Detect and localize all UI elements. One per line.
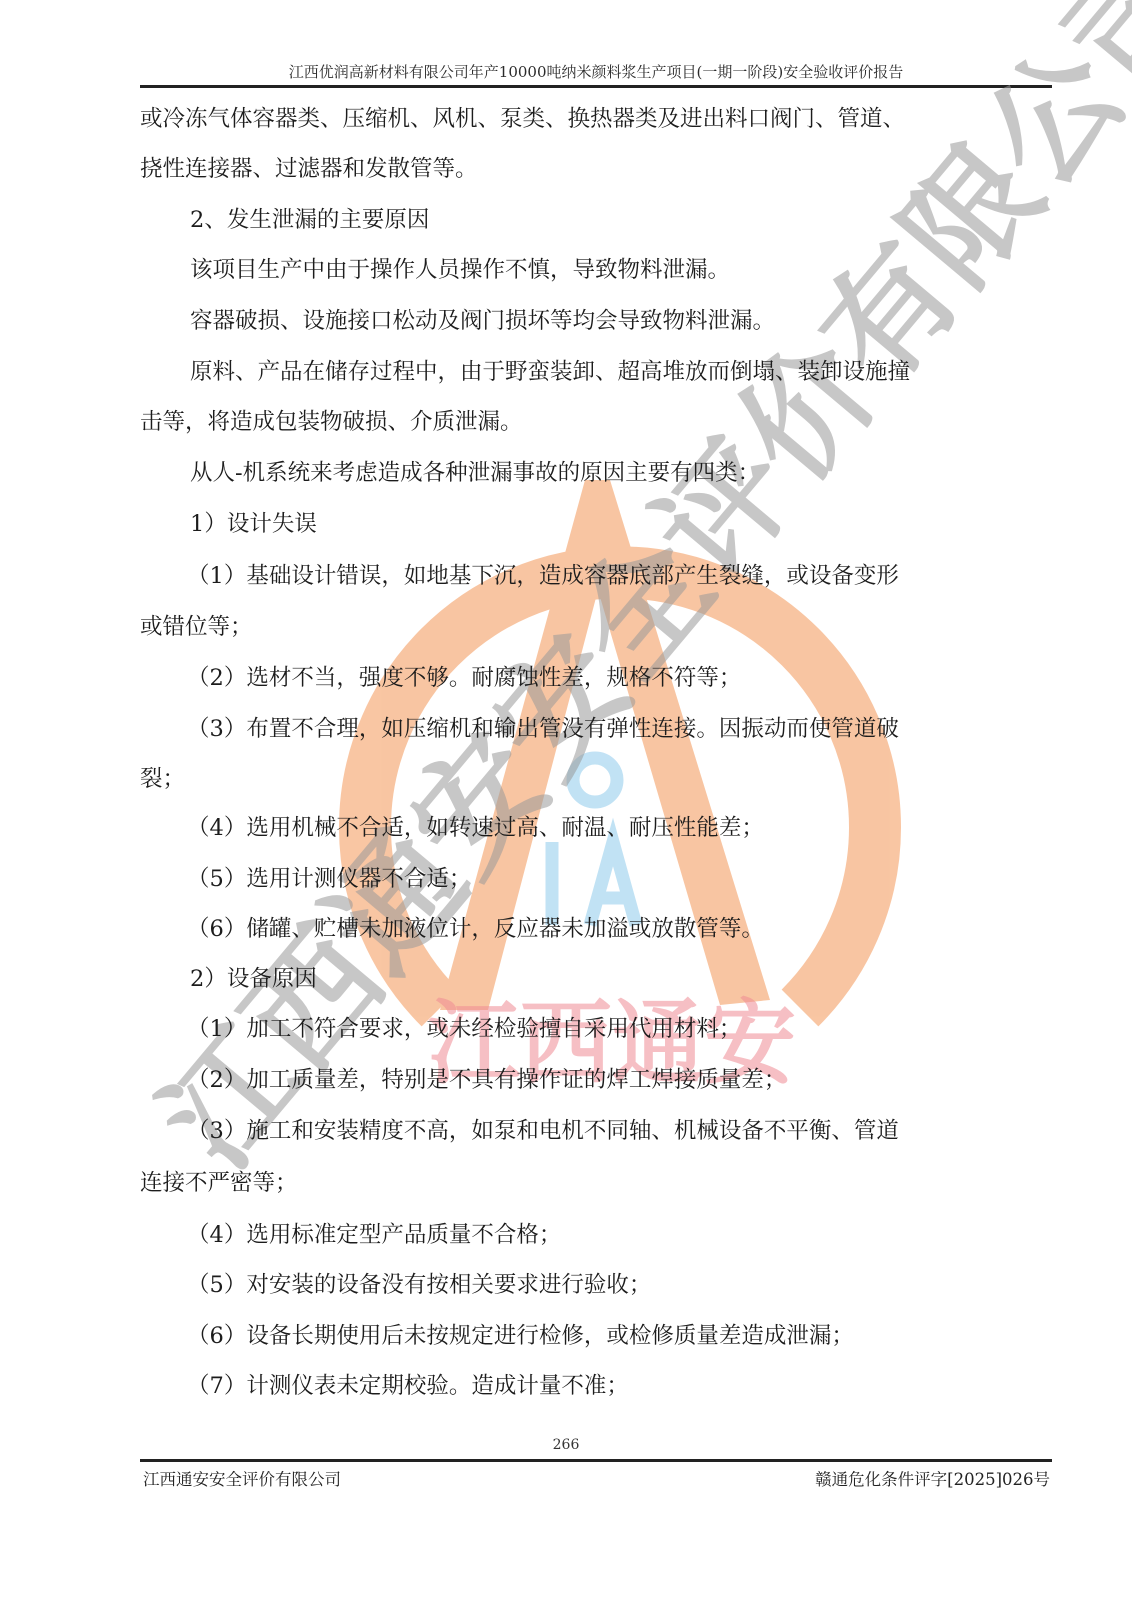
- report-header-title: 江西优润高新材料有限公司年产10000吨纳米颜料浆生产项目(一期一阶段)安全验收…: [140, 61, 1052, 82]
- footer-document-number: 赣通危化条件评字[2025]026号: [815, 1466, 1050, 1490]
- body-text-line: 连接不严密等；: [140, 1168, 298, 1198]
- body-text-line: （5）选用计测仪器不合适；: [187, 864, 471, 894]
- body-text-line: （2）选材不当，强度不够。耐腐蚀性差，规格不符等；: [187, 663, 741, 693]
- body-text-line: （7）计测仪表未定期校验。造成计量不准；: [187, 1371, 629, 1401]
- body-text-line: 容器破损、设施接口松动及阀门损坏等均会导致物料泄漏。: [190, 306, 775, 336]
- body-text-line: 击等，将造成包装物破损、介质泄漏。: [140, 407, 523, 437]
- body-text-line: （2）加工质量差，特别是不具有操作证的焊工焊接质量差；: [187, 1065, 786, 1095]
- body-text-line: 裂；: [140, 764, 185, 794]
- body-text-line: 从人-机系统来考虑造成各种泄漏事故的原因主要有四类：: [190, 458, 760, 488]
- footer-rule: [140, 1459, 1052, 1462]
- body-text-line: （5）对安装的设备没有按相关要求进行验收；: [187, 1270, 651, 1300]
- company-watermark: 江西通安 江西通安安全评价有限公司: [0, 0, 1132, 1600]
- body-text-line: （1）基础设计错误，如地基下沉，造成容器底部产生裂缝，或设备变形: [187, 561, 899, 591]
- body-text-line: （6）设备长期使用后未按规定进行检修，或检修质量差造成泄漏；: [187, 1321, 854, 1351]
- body-text-line: （3）布置不合理，如压缩机和输出管没有弹性连接。因振动而使管道破: [187, 714, 899, 744]
- header-rule: [140, 85, 1052, 88]
- body-text-line: （4）选用机械不合适，如转速过高、耐温、耐压性能差；: [187, 813, 764, 843]
- body-text-line: 1）设计失误: [190, 509, 317, 539]
- body-text-line: 2）设备原因: [190, 964, 317, 994]
- document-page: 江西优润高新材料有限公司年产10000吨纳米颜料浆生产项目(一期一阶段)安全验收…: [0, 0, 1132, 1600]
- body-text-line: 原料、产品在储存过程中，由于野蛮装卸、超高堆放而倒塌、装卸设施撞: [190, 357, 910, 387]
- page-number: 266: [0, 1437, 1132, 1453]
- body-text-line: 或错位等；: [140, 612, 253, 642]
- body-text-line: （1）加工不符合要求，或未经检验擅自采用代用材料；: [187, 1014, 741, 1044]
- body-text-line: （6）储罐、贮槽未加液位计，反应器未加溢或放散管等。: [187, 914, 764, 944]
- body-text-line: 挠性连接器、过滤器和发散管等。: [140, 154, 478, 184]
- body-text-line: （4）选用标准定型产品质量不合格；: [187, 1220, 561, 1250]
- body-text-line: 该项目生产中由于操作人员操作不慎，导致物料泄漏。: [190, 255, 730, 285]
- body-text-line: 或冷冻气体容器类、压缩机、风机、泵类、换热器类及进出料口阀门、管道、: [140, 104, 905, 134]
- footer-company-name: 江西通安安全评价有限公司: [143, 1466, 341, 1490]
- body-text-line: 2、发生泄漏的主要原因: [190, 205, 429, 235]
- body-text-line: （3）施工和安装精度不高，如泵和电机不同轴、机械设备不平衡、管道: [187, 1116, 899, 1146]
